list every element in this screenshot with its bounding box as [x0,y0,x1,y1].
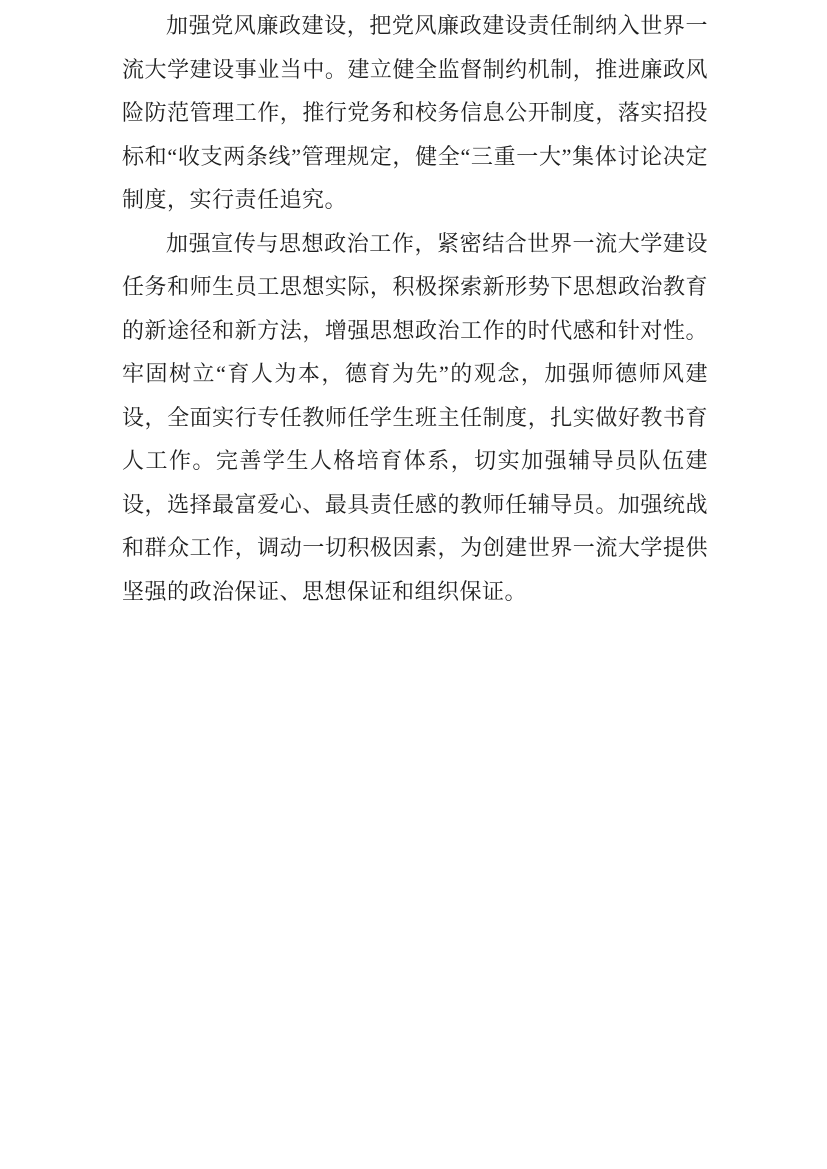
paragraph-party-discipline: 加强党风廉政建设，把党风廉政建设责任制纳入世界一流大学建设事业当中。建立健全监督… [122,4,708,222]
page-content: 加强党风廉政建设，把党风廉政建设责任制纳入世界一流大学建设事业当中。建立健全监督… [122,4,708,613]
document-page: 加强党风廉政建设，把党风廉政建设责任制纳入世界一流大学建设事业当中。建立健全监督… [0,0,827,1169]
paragraph-ideological-work: 加强宣传与思想政治工作，紧密结合世界一流大学建设任务和师生员工思想实际，积极探索… [122,222,708,614]
